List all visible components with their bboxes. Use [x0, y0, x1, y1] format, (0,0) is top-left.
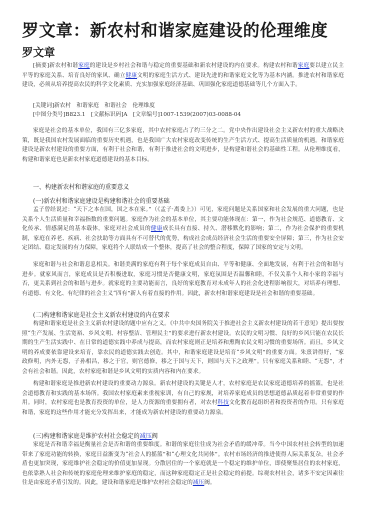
article-title: 罗文章：新农村和谐家庭建设的伦理维度 [22, 17, 328, 41]
subsection-2-heading: (二)构建和谐家庭是社会主义新农村建设的内在要求 [33, 311, 170, 320]
subsection-1-paragraph-2: 家庭和谐与社会和谐息息相关。和谐美满的家庭有利于每个家庭成员自由、平等和健康、全… [22, 261, 344, 299]
document-page: 罗文章：新农村和谐家庭建设的伦理维度 罗文章 [摘要]新农村和谐家庭的建设是乡村… [0, 0, 365, 516]
abstract-text: [摘要]新农村和谐 [33, 63, 78, 69]
link-jiankang[interactable]: 健康 [126, 73, 138, 79]
link-jiankang-2[interactable]: 健康 [151, 226, 163, 232]
classification: [中图分类号]B823.1 [文献标识码]A [文章编号]1007-1539(2… [33, 111, 241, 119]
link-jiating-2[interactable]: 家庭 [298, 63, 310, 69]
subsection-3-paragraph-1: 家庭是否和谐幸福是衡量社会是否和谐的重要维度。和谐的家庭往往成为社会矛盾的缓冲带… [22, 441, 344, 489]
intro-paragraph: 家庭是社会的基本单位，我国有三亿多家庭，其中农村家庭占了约三分之二。党中央作出建… [22, 127, 344, 165]
paragraph-text: 家庭是否和谐幸福是衡量社会是否和谐的重要维度。和谐的家庭往往成为社会矛盾的缓冲带… [22, 442, 344, 486]
heading-text: 阀 [152, 433, 158, 440]
abstract: [摘要]新农村和谐家庭的建设是乡村社会和谐与稳定的重要基础和新农村建设的内在要求… [22, 62, 344, 91]
link-jianya-1[interactable]: 减压 [140, 433, 152, 440]
article-author: 罗文章 [22, 44, 55, 60]
link-keji[interactable]: 科技 [218, 400, 230, 406]
subsection-1-heading: (一)新农村和谐家庭建设是构建和谐社会的重要基础 [33, 197, 170, 206]
link-jiating-1[interactable]: 家庭 [78, 63, 90, 69]
paragraph-text: 阀。 [204, 480, 215, 486]
section-1-heading: 一、构建新农村和谐家庭的重要意义 [33, 183, 129, 192]
abstract-text: 的建设是乡村社会和谐与稳定的重要基础和新农村建设的内在要求。构建农村和谐 [90, 63, 298, 69]
link-jianya-2[interactable]: 减压 [193, 480, 204, 486]
subsection-2-paragraph-2: 构建和谐家庭是推进新农村建设的重要动力源泉。新农村建设的关键是人才，农村家庭是农… [22, 380, 344, 418]
subsection-2-paragraph-1: 构建和谐家庭是社会主义新农村建设的题中应有之义。《中共中央国务院关于推进社会主义… [22, 320, 344, 378]
subsection-1-paragraph-1: 孟子曾经说过：“天下之本在国，国之本在家。”（《孟子·离娄上》）可见，家庭问题是… [22, 206, 344, 254]
subsection-3-heading: (三)构建和谐家庭是维护农村社会稳定的减压阀 [33, 432, 158, 441]
heading-text: (三)构建和谐家庭是维护农村社会稳定的 [33, 433, 140, 440]
keywords: [关键词]新农村 和谐家庭 和谐社会 伦理维度 [33, 102, 155, 110]
